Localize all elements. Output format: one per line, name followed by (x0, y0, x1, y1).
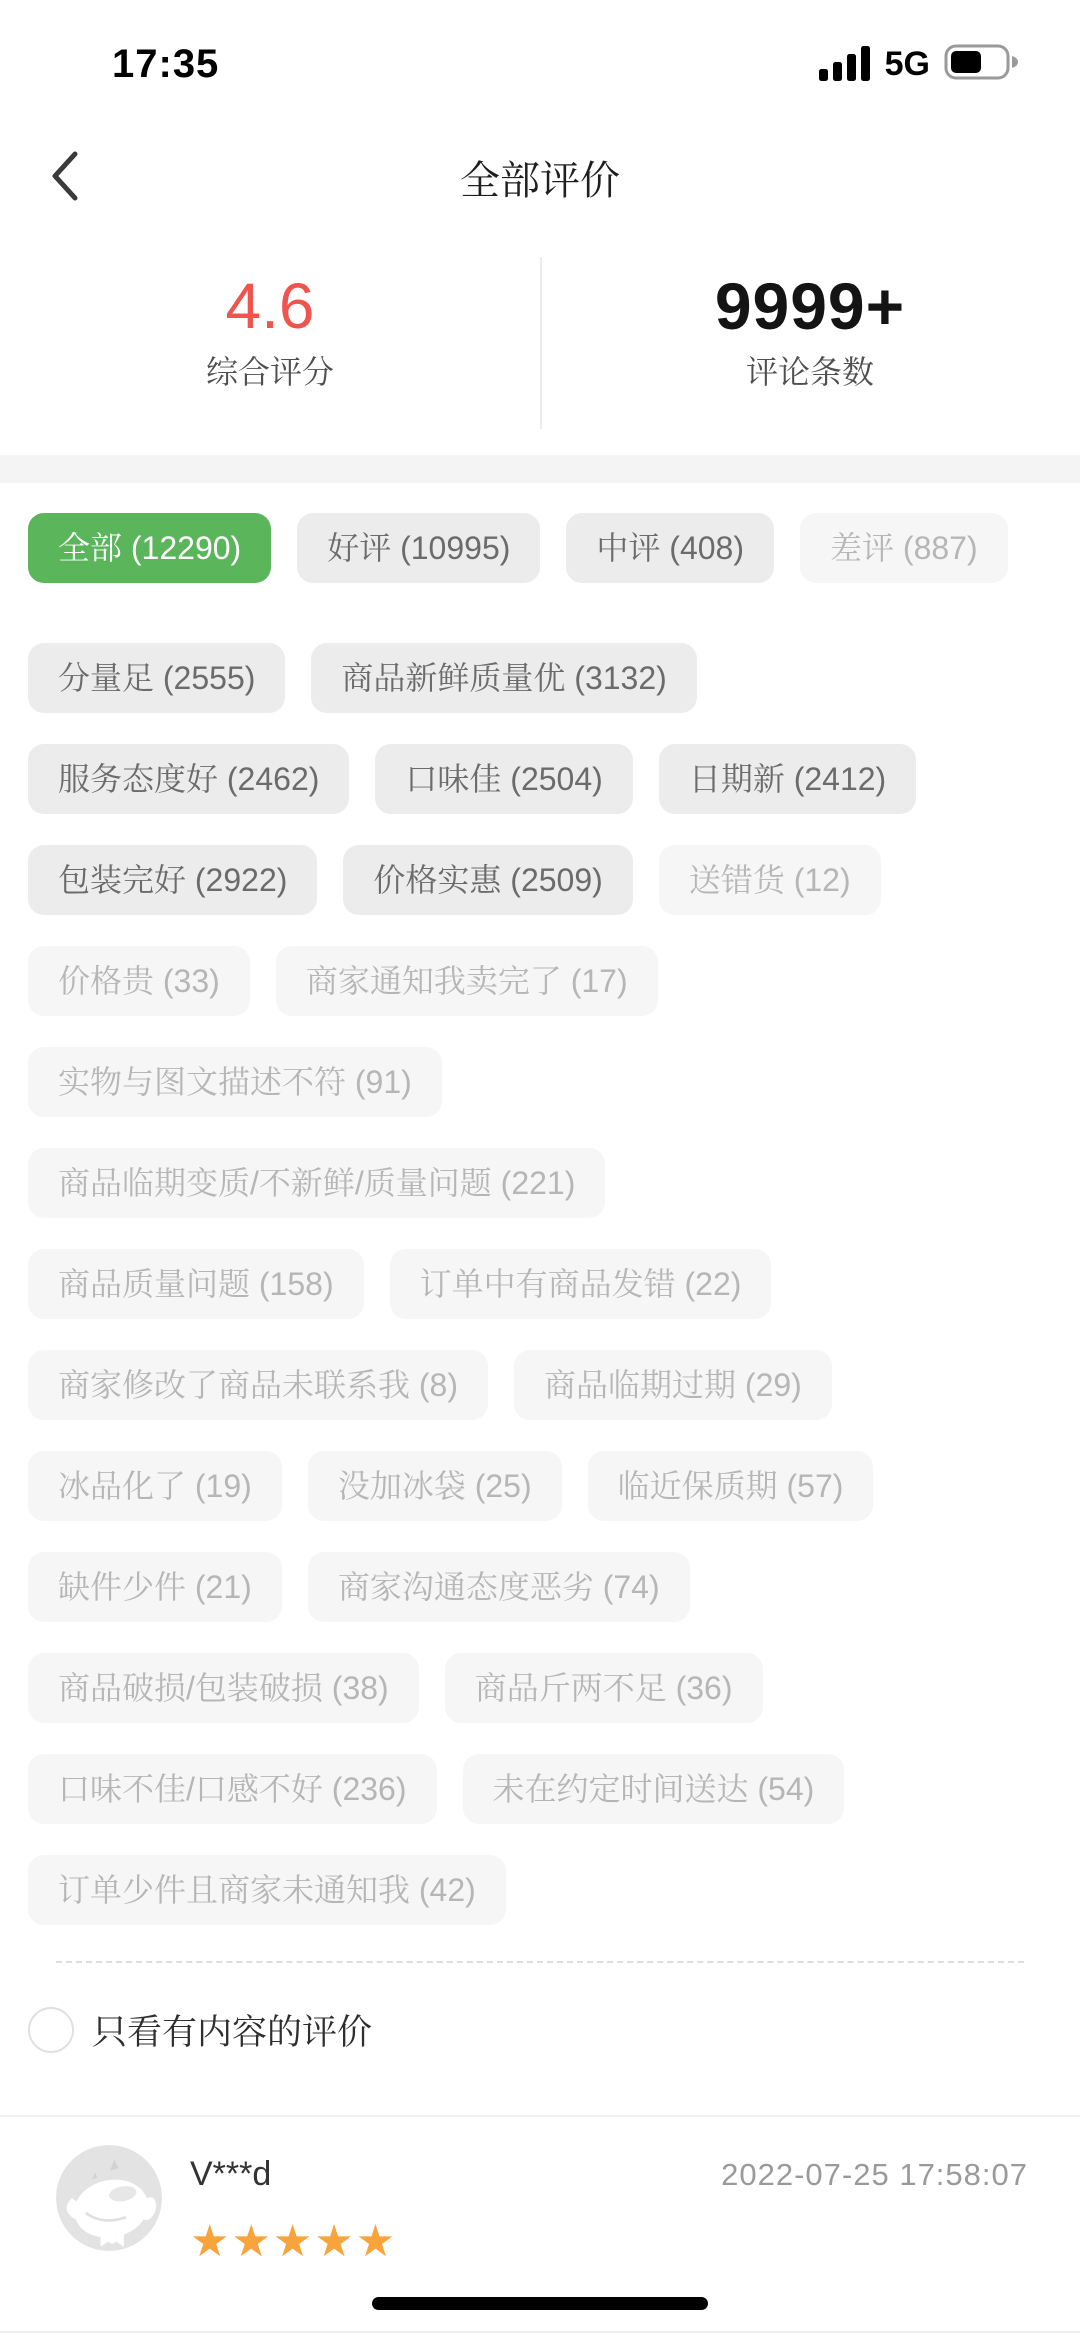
tag-filter-chip[interactable]: 送错货 (12) (659, 845, 881, 915)
rating-filter-chip[interactable]: 中评 (408) (566, 513, 774, 583)
tag-filter-chip[interactable]: 价格实惠 (2509) (343, 845, 632, 915)
tag-filter-chip[interactable]: 商家通知我卖完了 (17) (276, 946, 658, 1016)
tag-filter-row: 价格贵 (33)商家通知我卖完了 (17) (28, 946, 1052, 1016)
page-title: 全部评价 (460, 149, 620, 206)
tag-filter-chip[interactable]: 未在约定时间送达 (54) (463, 1754, 845, 1824)
signal-strength-icon (819, 43, 871, 86)
content-only-filter-label: 只看有内容的评价 (92, 2005, 372, 2055)
section-gap-band (0, 455, 1080, 483)
tag-filter-chip[interactable]: 缺件少件 (21) (28, 1552, 282, 1622)
rating-filter-chip[interactable]: 好评 (10995) (297, 513, 540, 583)
tag-filter-chip[interactable]: 订单中有商品发错 (22) (390, 1249, 772, 1319)
filter-rows: 全部 (12290)好评 (10995)中评 (408)差评 (887)分量足 … (28, 513, 1052, 1925)
radio-circle-icon[interactable] (28, 2007, 74, 2053)
tag-filter-chip[interactable]: 包装完好 (2922) (28, 845, 317, 915)
tag-filter-row: 缺件少件 (21)商家沟通态度恶劣 (74) (28, 1552, 1052, 1622)
tag-filter-chip[interactable]: 日期新 (2412) (659, 744, 916, 814)
review-count-label: 评论条数 (540, 353, 1080, 391)
back-chevron-icon (49, 150, 79, 205)
tag-filter-chip[interactable]: 价格贵 (33) (28, 946, 250, 1016)
tag-filter-chip[interactable]: 分量足 (2555) (28, 643, 285, 713)
home-indicator[interactable] (372, 2297, 708, 2310)
tag-filter-chip[interactable]: 没加冰袋 (25) (308, 1451, 562, 1521)
tag-filter-row: 商品临期变质/不新鲜/质量问题 (221) (28, 1148, 1052, 1218)
tag-filter-chip[interactable]: 商家沟通态度恶劣 (74) (308, 1552, 690, 1622)
bottom-hairline (0, 2331, 1080, 2333)
review-item: V***d 2022-07-25 17:58:07 ★★★★★ (0, 2117, 1080, 2264)
tag-filter-row: 包装完好 (2922)价格实惠 (2509)送错货 (12) (28, 845, 1052, 915)
tag-filter-chip[interactable]: 商品质量问题 (158) (28, 1249, 364, 1319)
review-count-block: 9999+ 评论条数 (540, 273, 1080, 391)
star-rating: ★★★★★ (190, 2220, 1028, 2264)
tag-filter-row: 冰品化了 (19)没加冰袋 (25)临近保质期 (57) (28, 1451, 1052, 1521)
battery-icon (944, 44, 1018, 85)
review-count-value: 9999+ (540, 273, 1080, 339)
tag-filter-chip[interactable]: 服务态度好 (2462) (28, 744, 349, 814)
summary-vertical-divider (540, 257, 542, 429)
content-only-filter[interactable]: 只看有内容的评价 (0, 2005, 1080, 2055)
tag-filter-chip[interactable]: 商品斤两不足 (36) (445, 1653, 763, 1723)
tag-filter-row: 商品质量问题 (158)订单中有商品发错 (22) (28, 1249, 1052, 1319)
status-time: 17:35 (112, 42, 219, 87)
rating-filter-chip[interactable]: 全部 (12290) (28, 513, 271, 583)
tag-filter-chip[interactable]: 商家修改了商品未联系我 (8) (28, 1350, 488, 1420)
overall-score-label: 综合评分 (0, 353, 540, 391)
overall-score-block: 4.6 综合评分 (0, 273, 540, 391)
tag-filter-chip[interactable]: 冰品化了 (19) (28, 1451, 282, 1521)
avatar (56, 2145, 162, 2251)
rating-filter-chip[interactable]: 差评 (887) (800, 513, 1008, 583)
review-page: 17:35 5G (0, 0, 1080, 2337)
overall-score-value: 4.6 (0, 273, 540, 339)
status-indicators: 5G (819, 43, 1018, 86)
tag-filter-row: 实物与图文描述不符 (91) (28, 1047, 1052, 1117)
back-button[interactable] (34, 143, 94, 213)
network-type-label: 5G (885, 45, 930, 84)
rating-filter-row: 全部 (12290)好评 (10995)中评 (408)差评 (887) (28, 513, 1052, 583)
tag-filter-chip[interactable]: 商品临期过期 (29) (514, 1350, 832, 1420)
tag-filter-chip[interactable]: 口味佳 (2504) (375, 744, 632, 814)
status-bar: 17:35 5G (0, 0, 1080, 110)
review-username: V***d (190, 2155, 271, 2194)
tag-filter-chip[interactable]: 订单少件且商家未通知我 (42) (28, 1855, 506, 1925)
rating-summary: 4.6 综合评分 9999+ 评论条数 (0, 245, 1080, 455)
dashed-divider (56, 1961, 1024, 1963)
tag-filter-chip[interactable]: 实物与图文描述不符 (91) (28, 1047, 442, 1117)
filter-chips-section: 全部 (12290)好评 (10995)中评 (408)差评 (887)分量足 … (0, 483, 1080, 1963)
tag-filter-chip[interactable]: 商品临期变质/不新鲜/质量问题 (221) (28, 1148, 605, 1218)
tag-filter-chip[interactable]: 商品破损/包装破损 (38) (28, 1653, 419, 1723)
tag-filter-chip[interactable]: 口味不佳/口感不好 (236) (28, 1754, 437, 1824)
tag-filter-row: 分量足 (2555)商品新鲜质量优 (3132) (28, 643, 1052, 713)
review-body: V***d 2022-07-25 17:58:07 ★★★★★ (190, 2145, 1028, 2264)
tag-filter-row: 服务态度好 (2462)口味佳 (2504)日期新 (2412) (28, 744, 1052, 814)
tag-filter-row: 口味不佳/口感不好 (236)未在约定时间送达 (54) (28, 1754, 1052, 1824)
nav-header: 全部评价 (0, 110, 1080, 245)
review-head: V***d 2022-07-25 17:58:07 (190, 2155, 1028, 2194)
tag-filter-chip[interactable]: 商品新鲜质量优 (3132) (311, 643, 696, 713)
tag-filter-row: 商家修改了商品未联系我 (8)商品临期过期 (29) (28, 1350, 1052, 1420)
tag-filter-row: 订单少件且商家未通知我 (42) (28, 1855, 1052, 1925)
review-date: 2022-07-25 17:58:07 (721, 2157, 1028, 2193)
tag-filter-chip[interactable]: 临近保质期 (57) (588, 1451, 874, 1521)
tag-filter-row: 商品破损/包装破损 (38)商品斤两不足 (36) (28, 1653, 1052, 1723)
